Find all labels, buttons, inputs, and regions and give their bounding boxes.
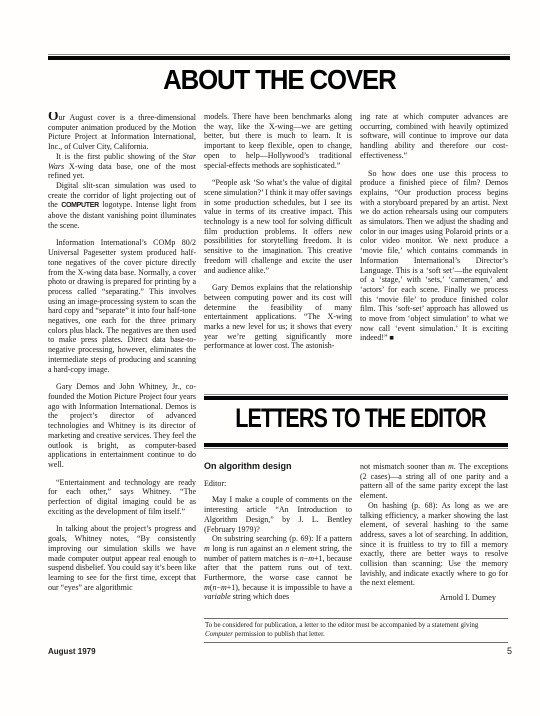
text-run: Gary Demos explains that the relationshi… <box>204 283 352 350</box>
text-run: X-wing data base, one of the most refine… <box>48 162 196 181</box>
about-title-row: ABOUT THE COVER <box>48 64 510 96</box>
text-run: “People ask ‘So what’s the value of digi… <box>204 178 352 274</box>
editor-footnote: To be considered for publication, a lett… <box>204 618 508 643</box>
rule-thin-line <box>48 54 510 55</box>
text-run: Gary Demos and John Whitney, Jr., co-fou… <box>48 382 196 469</box>
about-column-1: Our August cover is a three-dimensional … <box>48 112 196 648</box>
text-run: models. There have been benchmarks along… <box>204 112 352 170</box>
paragraph: Our August cover is a three-dimensional … <box>48 112 196 152</box>
text-run: O <box>48 112 59 123</box>
paragraph: not mismatch sooner than m. The exceptio… <box>360 462 508 501</box>
letters-column-2: not mismatch sooner than m. The exceptio… <box>360 462 508 614</box>
rule-thick-bar <box>48 56 510 60</box>
rule-thick-bar <box>204 396 508 400</box>
text-run: long is run against an <box>210 544 285 553</box>
paragraph: ing rate at which computer advances are … <box>360 112 508 161</box>
issue-date: August 1979 <box>48 647 96 656</box>
letters-section: LETTERS TO THE EDITOR On algorithm desig… <box>204 394 508 643</box>
letter-signature: Arnold I. Dumey <box>360 593 508 603</box>
letter-body-right: not mismatch sooner than m. The exceptio… <box>360 462 508 588</box>
text-run: COMPUTER <box>61 202 99 209</box>
letter-body-left: May I make a couple of comments on the i… <box>204 495 352 602</box>
letters-bottom-rule <box>204 443 508 449</box>
paragraph: models. There have been benchmarks along… <box>204 112 352 170</box>
text-run: “Entertainment and technology are ready … <box>48 478 196 516</box>
paragraph: On hashing (p. 68): As long as we are ta… <box>360 501 508 588</box>
text-run: It is the first public showing of the <box>56 152 183 161</box>
letters-title-row: LETTERS TO THE EDITOR <box>204 403 508 443</box>
end-mark-icon: ■ <box>388 333 394 342</box>
paragraph: So how does one use this process to prod… <box>360 169 508 344</box>
about-column-3: ing rate at which computer advances are … <box>360 112 508 394</box>
paragraph: “People ask ‘So what’s the value of digi… <box>204 178 352 275</box>
rule-thin-line <box>204 394 508 395</box>
letters-column-1: On algorithm design Editor: May I make a… <box>204 462 352 614</box>
paragraph: Digital slit-scan simulation was used to… <box>48 181 196 231</box>
paragraph: To be considered for publication, a lett… <box>205 621 507 639</box>
text-run: not mismatch sooner than <box>360 462 448 471</box>
magazine-page: ABOUT THE COVER Our August cover is a th… <box>0 0 540 716</box>
text-run: string which does <box>231 592 289 601</box>
text-run: +1), because it is impossible to have a <box>227 583 352 592</box>
text-run: To be considered for publication, a lett… <box>205 621 478 629</box>
text-run: permission to publish that letter. <box>233 630 325 638</box>
letter-salutation: Editor: <box>204 479 352 489</box>
paragraph: On substring searching (p. 69): If a pat… <box>204 534 352 602</box>
text-run: In talking about the project’s progress … <box>48 524 196 591</box>
paragraph: Gary Demos and John Whitney, Jr., co-fou… <box>48 382 196 469</box>
letters-top-rule <box>204 394 508 400</box>
text-run: On hashing (p. 68): As long as we are ta… <box>360 501 508 588</box>
paragraph: “Entertainment and technology are ready … <box>48 478 196 517</box>
text-run: ing rate at which computer advances are … <box>360 112 508 160</box>
about-column-2: models. There have been benchmarks along… <box>204 112 352 394</box>
page-number: 5 <box>507 646 512 656</box>
rule-thin-line <box>204 448 508 449</box>
rule-thick-bar <box>204 443 508 447</box>
paragraph: Information International’s COMp 80/2 Un… <box>48 238 196 374</box>
paragraph: Gary Demos explains that the relationshi… <box>204 283 352 351</box>
letters-section-title: LETTERS TO THE EDITOR <box>235 403 485 434</box>
letters-columns: On algorithm design Editor: May I make a… <box>204 462 508 614</box>
text-run: variable <box>204 592 231 601</box>
text-run: So how does one use this process to prod… <box>360 169 508 343</box>
about-section-rule <box>48 54 510 60</box>
paragraph: It is the first public showing of the St… <box>48 152 196 181</box>
text-run: Computer <box>205 630 233 638</box>
text-run: On substring searching (p. 69): If a pat… <box>212 534 352 543</box>
letter-heading: On algorithm design <box>204 462 352 472</box>
text-run: Information International’s COMp 80/2 Un… <box>48 238 196 373</box>
text-run: ur August cover is a three-dimensional c… <box>48 113 196 151</box>
about-section-title: ABOUT THE COVER <box>163 64 395 96</box>
paragraph: May I make a couple of comments on the i… <box>204 495 352 534</box>
text-run: May I make a couple of comments on the i… <box>204 495 352 533</box>
paragraph: In talking about the project’s progress … <box>48 524 196 592</box>
